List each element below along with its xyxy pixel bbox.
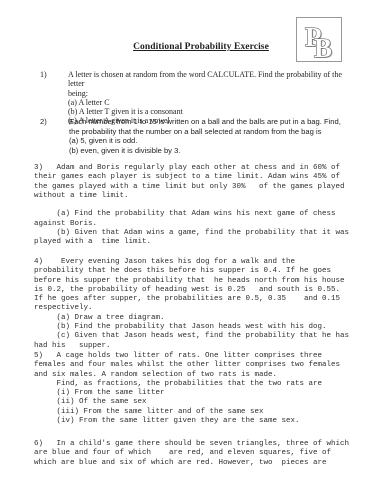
pb-logo-monogram: P P B B: [297, 18, 341, 61]
question-4-text: 4) Every evening Jason takes his dog for…: [34, 258, 349, 351]
question-6-text: 6) In a child's game there should be sev…: [34, 440, 349, 468]
worksheet-page: Conditional Probability Exercise P P B B…: [0, 0, 386, 500]
question-2-number: 2): [40, 117, 69, 156]
question-2-text: Each number from 1 to 15 is written on a…: [69, 117, 352, 156]
question-5-text: 5) A cage holds two litter of rats. One …: [34, 352, 340, 426]
question-3-text: 3) Adam and Boris regularly play each ot…: [34, 164, 349, 248]
logo-letter-b: B: [314, 33, 332, 61]
question-2: 2) Each number from 1 to 15 is written o…: [40, 117, 352, 156]
pb-logo: P P B B: [296, 17, 342, 62]
